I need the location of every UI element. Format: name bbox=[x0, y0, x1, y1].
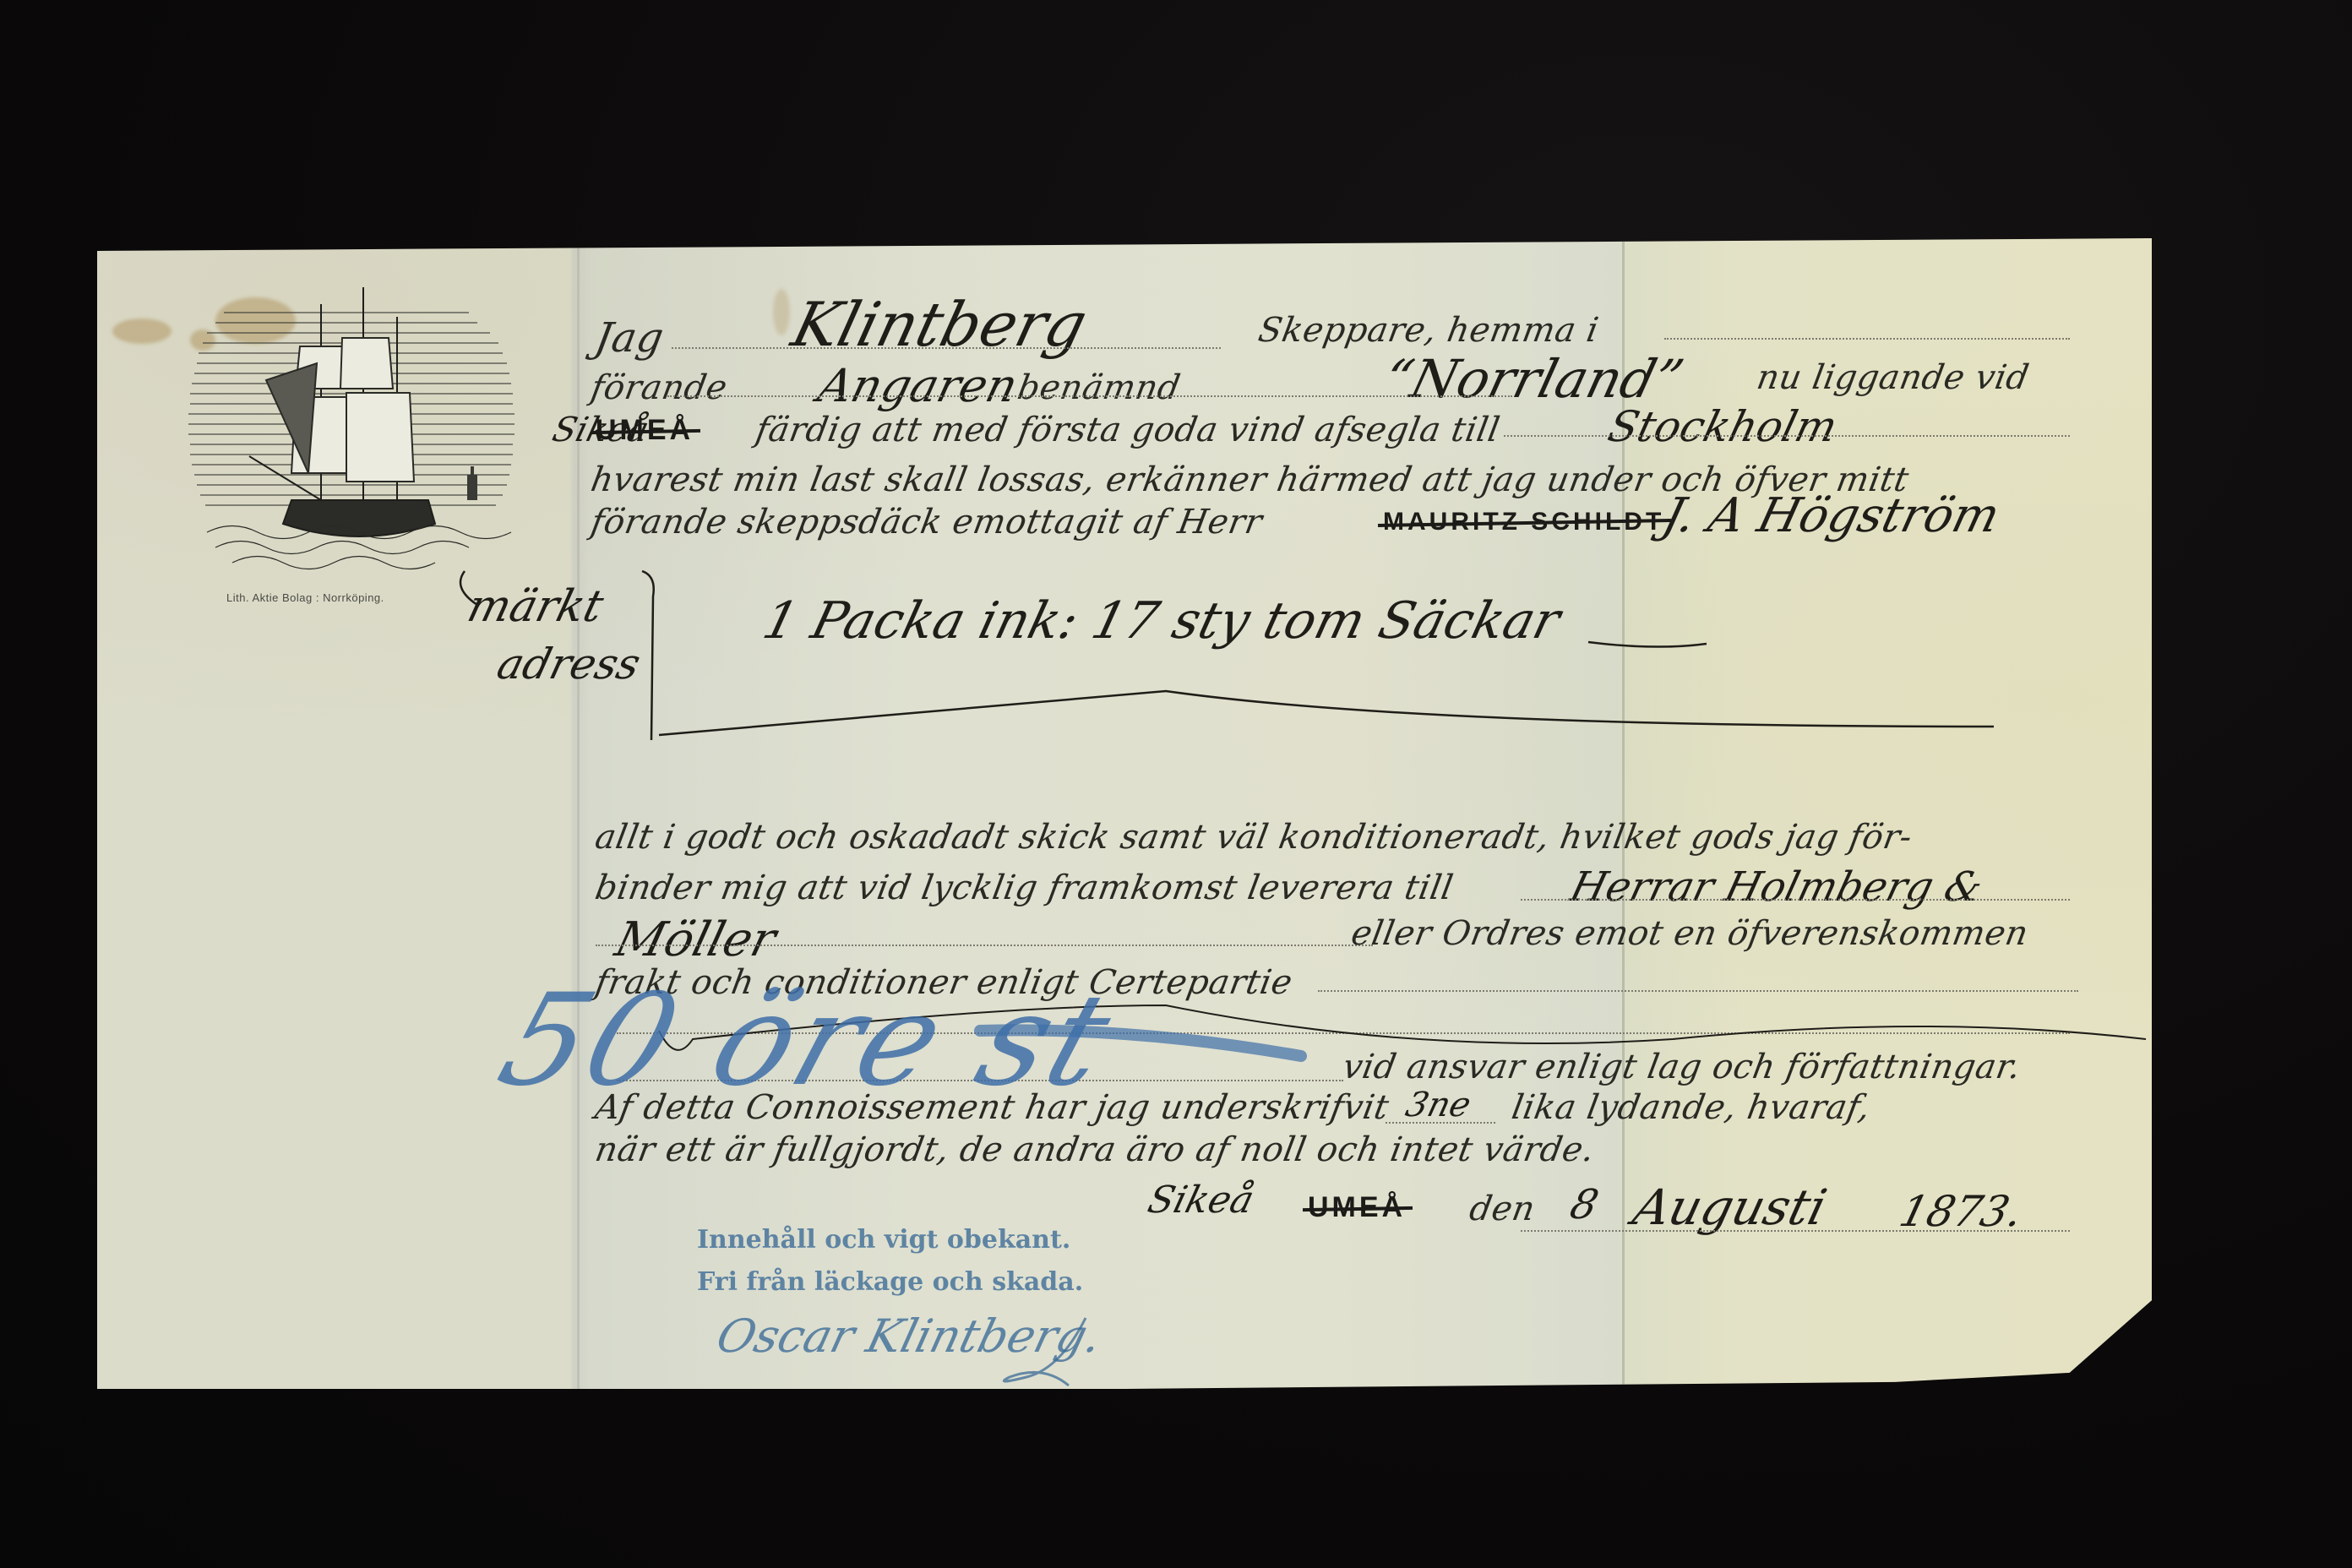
printed-text: allt i godt och oskadadt skick samt väl … bbox=[592, 818, 1915, 857]
blue-crayon-stroke-icon bbox=[980, 1022, 1318, 1073]
handwritten-shipper: J. A Högström bbox=[1658, 488, 2005, 543]
printed-text: färdig att med första goda vind afsegla … bbox=[753, 411, 1503, 449]
dotted-fill-line bbox=[1504, 435, 2070, 437]
handwritten-copies-count: 3ne bbox=[1402, 1086, 1474, 1124]
handwritten-month: Augusti bbox=[1628, 1179, 1832, 1236]
stain bbox=[773, 289, 790, 335]
cargo-underline-icon bbox=[659, 591, 2011, 752]
handwritten-year: 1873. bbox=[1895, 1187, 2028, 1236]
printed-text: Jag bbox=[591, 314, 667, 362]
printed-text: nu liggande vid bbox=[1754, 358, 2032, 397]
handwritten-vessel-type: Angaren bbox=[813, 359, 1023, 412]
signature-flourish-icon bbox=[993, 1318, 1094, 1390]
printed-text: Af detta Connoissement har jag underskri… bbox=[592, 1088, 1392, 1127]
handwritten-consignee: Herrar Holmberg & bbox=[1565, 863, 1987, 911]
handwritten-vessel-name: “Norrland” bbox=[1378, 348, 1690, 410]
dotted-fill-line bbox=[672, 347, 1221, 349]
dotted-fill-line bbox=[1386, 1122, 1495, 1124]
dotted-fill-line bbox=[1521, 1230, 2070, 1232]
printed-text: binder mig att vid lycklig framkomst lev… bbox=[592, 868, 1456, 907]
dotted-fill-line bbox=[1318, 990, 2078, 992]
handwritten-place: Sikeå bbox=[1144, 1179, 1259, 1222]
dotted-fill-line bbox=[1521, 899, 2070, 901]
printed-text: förande skeppsdäck emottagit af Herr bbox=[588, 503, 1266, 542]
margin-label-marked: märkt bbox=[463, 581, 609, 632]
struck-printed-shipper: MAURITZ SCHILDT bbox=[1383, 508, 1664, 536]
stamp-line-leakage: Fri från läckage och skada. bbox=[697, 1267, 1083, 1297]
margin-label-address: adress bbox=[493, 640, 645, 689]
handwritten-destination: Stockholm bbox=[1603, 402, 1843, 451]
printed-text: lika lydande, hvaraf, bbox=[1509, 1088, 1874, 1127]
printed-text: när ett är fullgjordt, de andra äro af n… bbox=[592, 1130, 1598, 1169]
stamp-line-contents: Innehåll och vigt obekant. bbox=[697, 1225, 1070, 1255]
ship-engraving-icon bbox=[182, 279, 528, 591]
struck-printed-place: UMEÅ bbox=[1308, 1191, 1406, 1224]
printed-text: förande bbox=[588, 368, 731, 407]
printed-text: den bbox=[1467, 1190, 1538, 1228]
printed-text: benämnd bbox=[1015, 368, 1184, 407]
printed-text: vid ansvar enligt lag och författningar. bbox=[1340, 1048, 2024, 1086]
handwritten-captain-name: Klintberg bbox=[786, 289, 1094, 360]
dotted-fill-line bbox=[667, 395, 1512, 397]
stain bbox=[112, 318, 171, 344]
printed-text: Skeppare, hemma i bbox=[1255, 311, 1602, 350]
handwritten-consignee-cont: Möller bbox=[610, 912, 781, 967]
struck-printed-port: UMEÅ bbox=[596, 414, 694, 447]
dotted-fill-line bbox=[1664, 338, 2070, 340]
printed-text: eller Ordres emot en öfverenskommen bbox=[1348, 914, 2031, 953]
lithographer-caption: Lith. Aktie Bolag : Norrköping. bbox=[226, 591, 384, 604]
dotted-fill-line bbox=[596, 945, 1373, 946]
